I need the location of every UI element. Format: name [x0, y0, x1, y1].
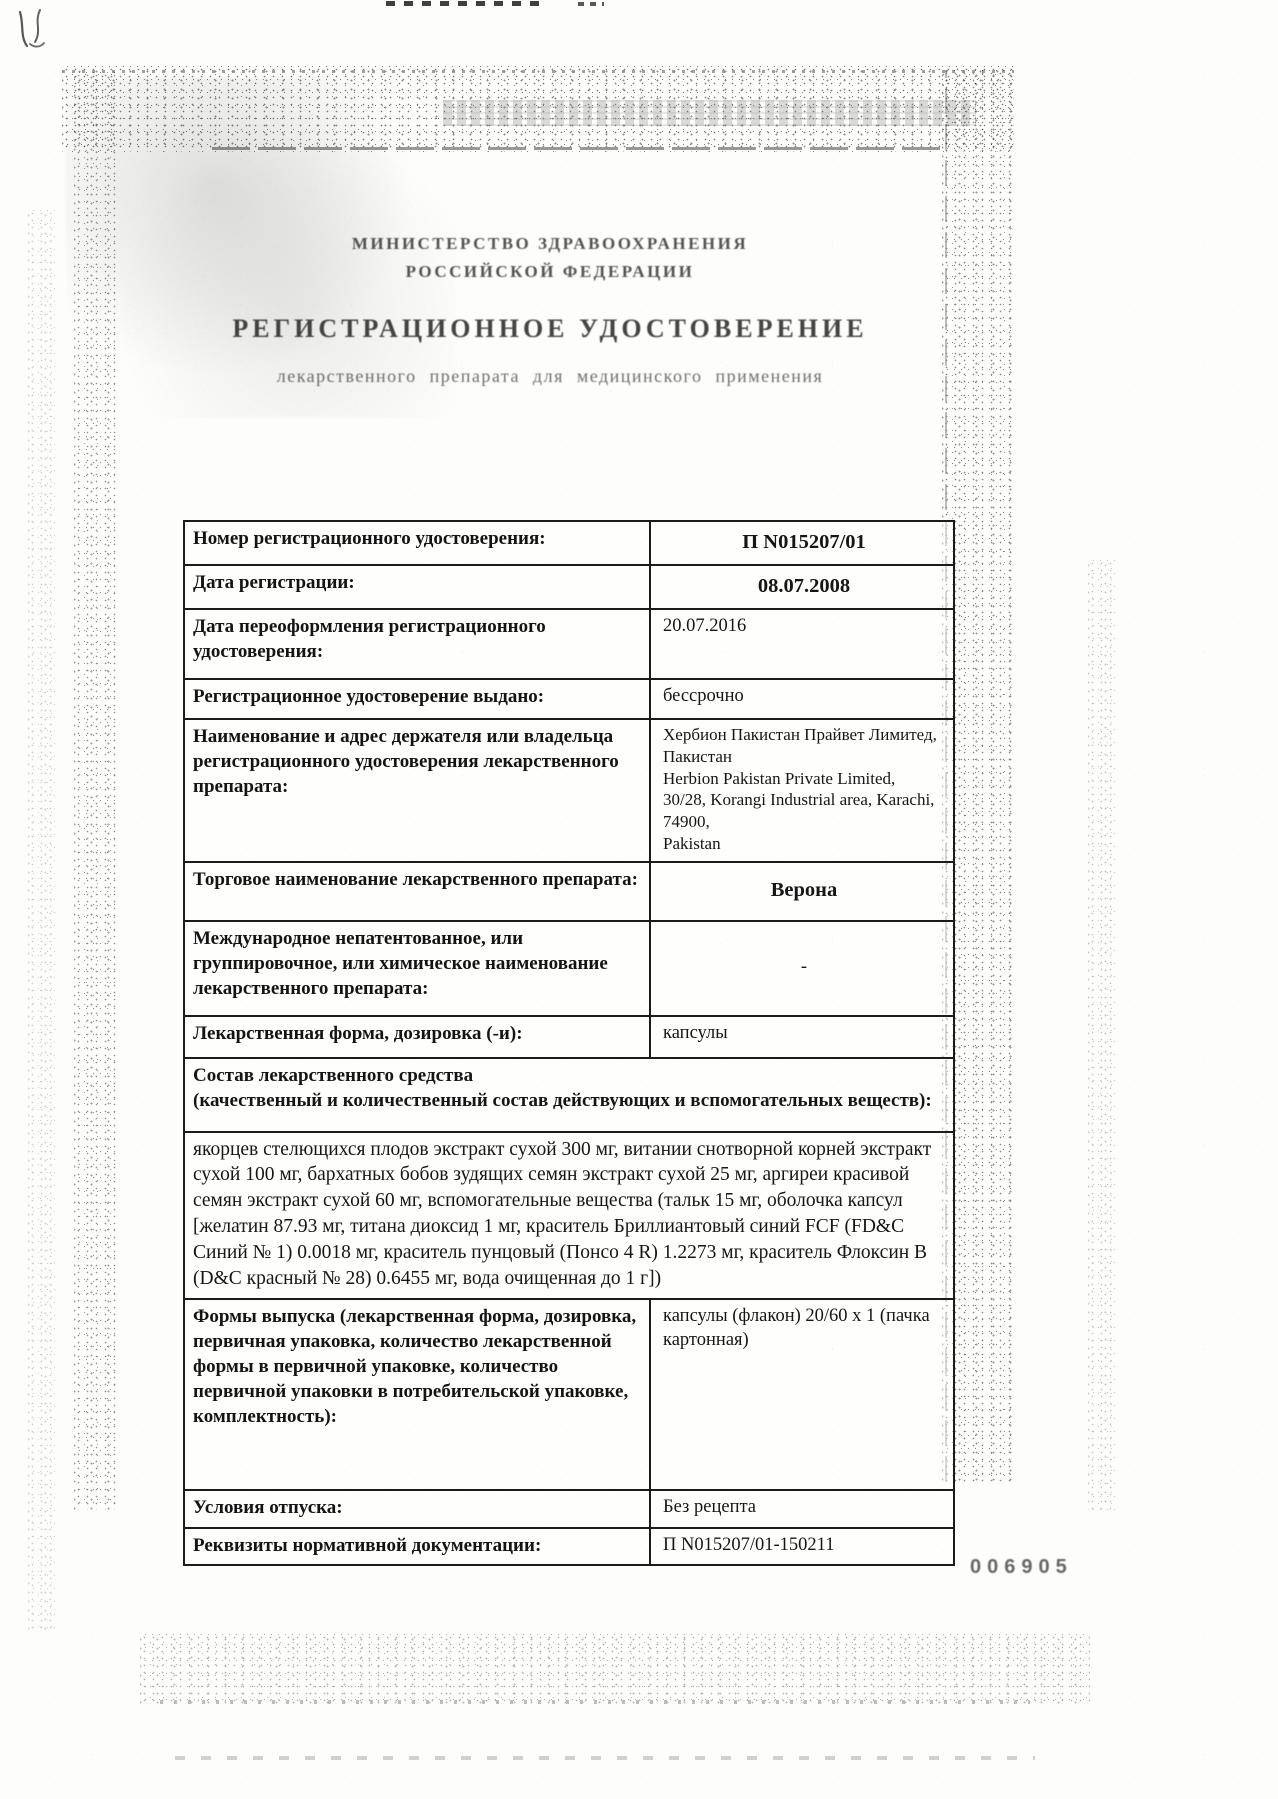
- ministry-line2: РОССИЙСКОЙ ФЕДЕРАЦИИ: [0, 258, 1100, 286]
- table-row-inn: Международное непатентованное, или групп…: [185, 920, 953, 1015]
- table-row-registration-number: Номер регистрационного удостоверения: П …: [185, 522, 953, 564]
- row-value: -: [649, 922, 953, 1015]
- row-value: П N015207/01: [649, 522, 953, 564]
- row-label: Формы выпуска (лекарственная форма, дози…: [185, 1300, 649, 1489]
- bottom-faint-dashes: [175, 1756, 1035, 1760]
- top-edge-dashes-small: [578, 2, 604, 6]
- row-value: Без рецепта: [649, 1491, 953, 1527]
- row-label: Международное непатентованное, или групп…: [185, 922, 649, 1015]
- table-row-holder: Наименование и адрес держателя или владе…: [185, 718, 953, 861]
- table-row-normative-docs: Реквизиты нормативной документации: П N0…: [185, 1527, 953, 1564]
- border-left-strip: [74, 72, 120, 1510]
- row-value: Верона: [649, 863, 953, 920]
- row-label: Наименование и адрес держателя или владе…: [185, 720, 649, 861]
- table-row-composition: якорцев стелющихся плодов экстракт сухой…: [185, 1131, 953, 1299]
- table-row-validity: Регистрационное удостоверение выдано: бе…: [185, 678, 953, 718]
- table-row-registration-date: Дата регистрации: 08.07.2008: [185, 564, 953, 608]
- ministry-name: МИНИСТЕРСТВО ЗДРАВООХРАНЕНИЯ РОССИЙСКОЙ …: [0, 230, 1100, 286]
- row-value: 08.07.2008: [649, 566, 953, 608]
- registration-table: Номер регистрационного удостоверения: П …: [183, 520, 955, 1566]
- row-label: Дата регистрации:: [185, 566, 649, 608]
- scanned-certificate-page: МИНИСТЕРСТВО ЗДРАВООХРАНЕНИЯ РОССИЙСКОЙ …: [0, 0, 1278, 1799]
- border-top-tickrow: [62, 70, 1014, 73]
- table-row-release-forms: Формы выпуска (лекарственная форма, дози…: [185, 1298, 953, 1489]
- table-row-dosage-form: Лекарственная форма, дозировка (-и): кап…: [185, 1015, 953, 1057]
- row-value: Хербион Пакистан Прайвет Лимитед, Пакист…: [649, 720, 953, 861]
- serial-number: 006905: [970, 1556, 1073, 1579]
- border-bottom-band: [140, 1634, 1090, 1706]
- row-value: бессрочно: [649, 680, 953, 718]
- row-label: Регистрационное удостоверение выдано:: [185, 680, 649, 718]
- table-row-trade-name: Торговое наименование лекарственного пре…: [185, 861, 953, 920]
- certificate-title: РЕГИСТРАЦИОННОЕ УДОСТОВЕРЕНИЕ: [0, 314, 1100, 344]
- table-row-dispensing-conditions: Условия отпуска: Без рецепта: [185, 1489, 953, 1527]
- border-top-pattern: [443, 100, 976, 126]
- row-value: капсулы: [649, 1017, 953, 1057]
- row-label: Лекарственная форма, дозировка (-и):: [185, 1017, 649, 1057]
- row-label: Реквизиты нормативной документации:: [185, 1529, 649, 1564]
- margin-dots-right: [1088, 560, 1118, 1510]
- top-edge-dashes: [386, 1, 546, 6]
- row-label: Условия отпуска:: [185, 1491, 649, 1527]
- row-label: Торговое наименование лекарственного пре…: [185, 863, 649, 920]
- row-value: капсулы (флакон) 20/60 х 1 (пачка картон…: [649, 1300, 953, 1489]
- table-row-reissue-date: Дата переоформления регистрационного удо…: [185, 608, 953, 678]
- row-label: Дата переоформления регистрационного удо…: [185, 610, 649, 678]
- margin-dots-left: [28, 210, 56, 1630]
- handwritten-mark-icon: [10, 4, 66, 65]
- table-row-composition-header: Состав лекарственного средства (качестве…: [185, 1057, 953, 1131]
- certificate-subtitle: лекарственного препарата для медицинског…: [0, 366, 1100, 387]
- ministry-line1: МИНИСТЕРСТВО ЗДРАВООХРАНЕНИЯ: [0, 230, 1100, 258]
- border-bottom-tickrow: [160, 1700, 1030, 1704]
- row-value: 20.07.2016: [649, 610, 953, 678]
- row-label: Номер регистрационного удостоверения:: [185, 522, 649, 564]
- row-value: П N015207/01-150211: [649, 1529, 953, 1564]
